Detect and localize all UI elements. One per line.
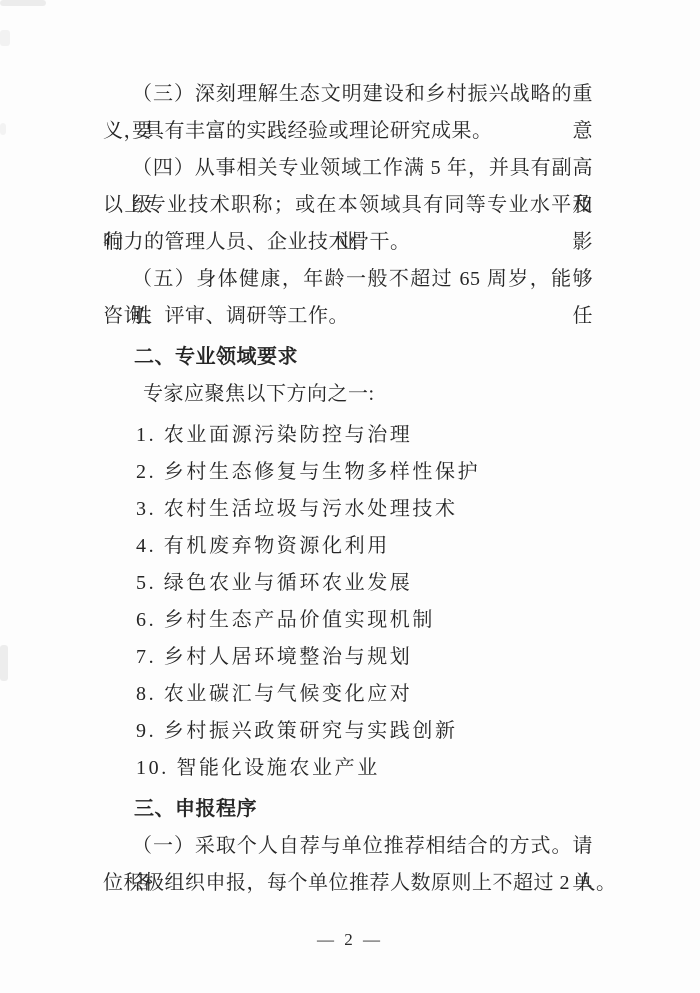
scan-artifact [0,645,8,681]
document-page: （三）深刻理解生态文明建设和乡村振兴战略的重要意 义，具有丰富的实践经验或理论研… [0,0,700,993]
clause-1-line-2: 位积极组织申报，每个单位推荐人数原则上不超过 2 人。 [103,865,593,902]
scan-artifact [0,123,6,135]
focus-direction-item: 6. 乡村生态产品价值实现机制 [103,602,593,639]
clause-1-line-1: （一）采取个人自荐与单位推荐相结合的方式。请各单 [103,828,593,865]
document-body: （三）深刻理解生态文明建设和乡村振兴战略的重要意 义，具有丰富的实践经验或理论研… [103,76,593,902]
page-number: — 2 — [0,921,700,958]
focus-direction-item: 7. 乡村人居环境整治与规划 [103,639,593,676]
focus-direction-item: 10. 智能化设施农业产业 [103,750,593,787]
focus-direction-item: 5. 绿色农业与循环农业发展 [103,565,593,602]
focus-direction-item: 2. 乡村生态修复与生物多样性保护 [103,454,593,491]
clause-3-line-1: （三）深刻理解生态文明建设和乡村振兴战略的重要意 [103,76,593,113]
clause-4-line-1: （四）从事相关专业领域工作满 5 年，并具有副高级及 [103,150,593,187]
focus-direction-item: 1. 农业面源污染防控与治理 [103,417,593,454]
focus-direction-item: 4. 有机废弃物资源化利用 [103,528,593,565]
section-2-heading: 二、专业领域要求 [103,339,593,376]
clause-4-line-2: 以上专业技术职称；或在本领域具有同等专业水平和行业影 [103,187,593,224]
scan-artifact [0,0,46,6]
focus-direction-item: 3. 农村生活垃圾与污水处理技术 [103,491,593,528]
focus-directions-intro: 专家应聚焦以下方向之一: [103,376,593,413]
section-3-heading: 三、申报程序 [103,791,593,828]
clause-5-line-1: （五）身体健康，年龄一般不超过 65 周岁，能够胜任 [103,261,593,298]
scan-artifact [0,30,10,46]
focus-direction-item: 9. 乡村振兴政策研究与实践创新 [103,713,593,750]
focus-direction-item: 8. 农业碳汇与气候变化应对 [103,676,593,713]
